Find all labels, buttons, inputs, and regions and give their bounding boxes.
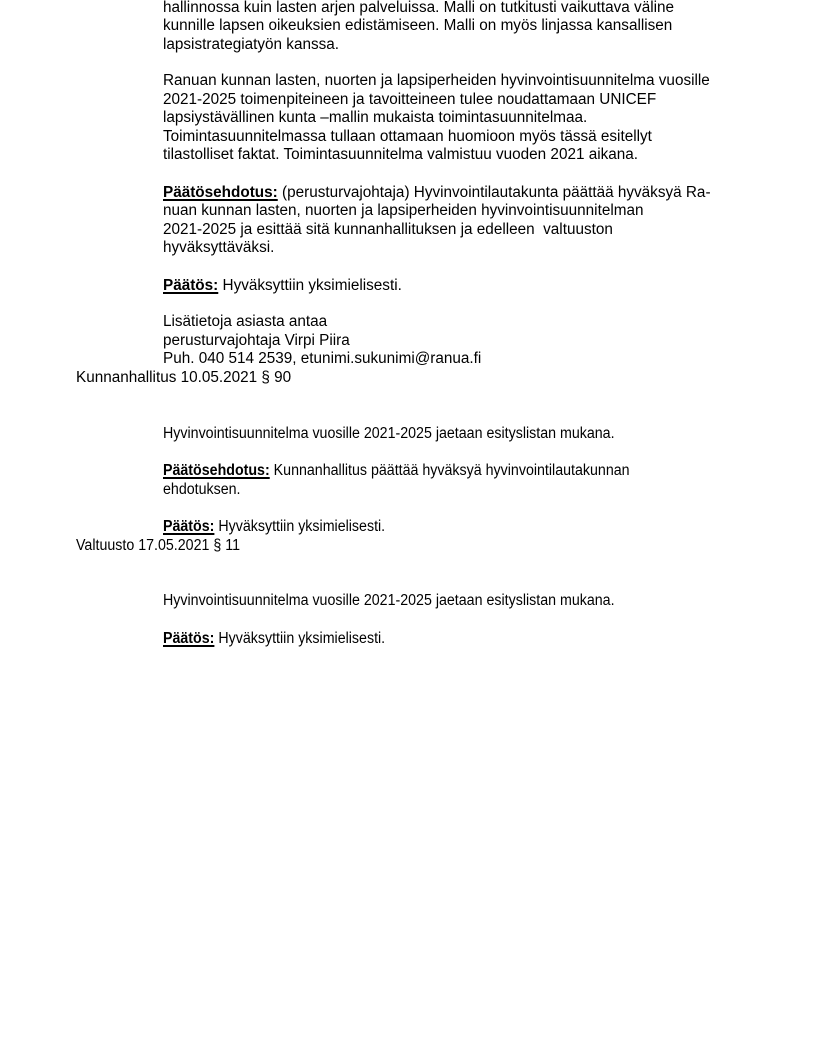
contact-line: perusturvajohtaja Virpi Piira [163,332,350,350]
kunnanhallitus-proposal: Päätösehdotus: Kunnanhallitus päättää hy… [163,462,630,480]
intro-line: lapsistrategiatyön kanssa. [163,36,339,54]
decision-text: Hyväksyttiin yksimielisesti. [214,518,385,535]
plan-line: Toimintasuunnitelmassa tullaan ottamaan … [163,128,652,146]
valtuusto-text: Hyvinvointisuunnitelma vuosille 2021-202… [163,592,615,610]
proposal-text: (perusturvajohtaja) Hyvinvointilautakunt… [278,184,711,201]
proposal-line: nuan kunnan lasten, nuorten ja lapsiperh… [163,202,644,220]
proposal-text: Kunnanhallitus päättää hyväksyä hyvinvoi… [270,462,630,479]
contact-email-line: Puh. 040 514 2539, etunimi.sukunimi@ranu… [163,350,481,368]
proposal-label: Päätösehdotus: [163,462,270,479]
kunnanhallitus-heading: Kunnanhallitus 10.05.2021 § 90 [76,369,291,387]
proposal-line: 2021-2025 ja esittää sitä kunnanhallituk… [163,221,613,239]
proposal-line: ehdotuksen. [163,481,241,499]
kunnanhallitus-text: Hyvinvointisuunnitelma vuosille 2021-202… [163,425,615,443]
contact-line: Lisätietoja asiasta antaa [163,313,327,331]
plan-line: 2021-2025 toimenpiteineen ja tavoitteine… [163,91,656,109]
decision-label: Päätös: [163,630,214,647]
decision-text: Hyväksyttiin yksimielisesti. [218,277,402,294]
plan-line: lapsiystävällinen kunta –mallin mukaista… [163,109,587,127]
proposal-line: hyväksyttäväksi. [163,239,274,257]
intro-line: kunnille lapsen oikeuksien edistämiseen.… [163,17,672,35]
valtuusto-heading: Valtuusto 17.05.2021 § 11 [76,537,240,555]
lautakunta-decision: Päätös: Hyväksyttiin yksimielisesti. [163,277,402,295]
lautakunta-proposal: Päätösehdotus: (perusturvajohtaja) Hyvin… [163,184,711,202]
intro-line: hallinnossa kuin lasten arjen palveluiss… [163,0,674,17]
proposal-label: Päätösehdotus: [163,184,278,201]
decision-label: Päätös: [163,277,218,294]
valtuusto-decision: Päätös: Hyväksyttiin yksimielisesti. [163,630,385,648]
plan-line: tilastolliset faktat. Toimintasuunnitelm… [163,146,638,164]
kunnanhallitus-decision: Päätös: Hyväksyttiin yksimielisesti. [163,518,385,536]
plan-line: Ranuan kunnan lasten, nuorten ja lapsipe… [163,72,710,90]
decision-label: Päätös: [163,518,214,535]
decision-text: Hyväksyttiin yksimielisesti. [214,630,385,647]
